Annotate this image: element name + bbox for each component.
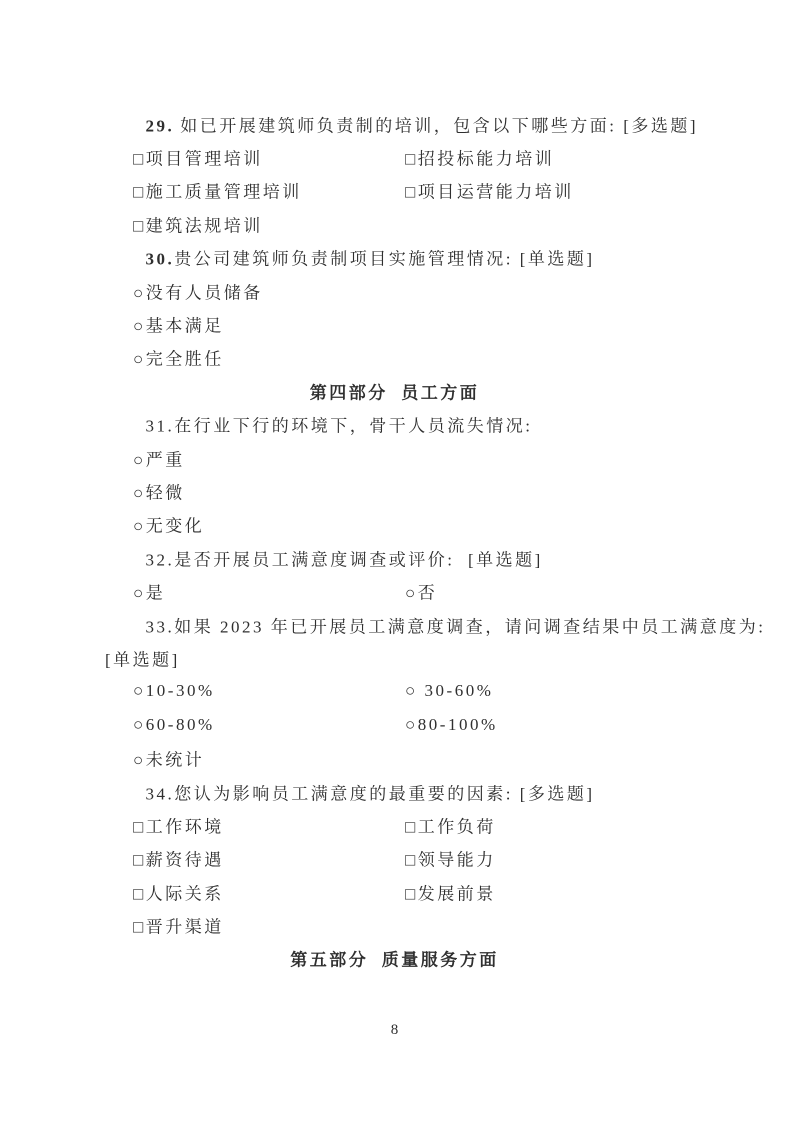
question-29-text: 如已开展建筑师负责制的培训，包含以下哪些方面: [多选题] [180,116,698,135]
checkbox-option-construction-quality-training[interactable]: □施工质量管理培训 [133,178,302,203]
question-30-options-row: ○基本满足 [0,307,789,340]
option-label: 完全胜任 [146,350,224,369]
question-31-number: 31. [146,417,175,436]
question-30: 30.贵公司建筑师负责制项目实施管理情况: [单选题] [0,241,789,274]
radio-icon: ○ [133,283,146,302]
question-30-options-row: ○完全胜任 [0,341,789,374]
radio-option-slight[interactable]: ○轻微 [133,478,185,503]
question-30-number: 30. [146,250,175,269]
question-34-text: 您认为影响员工满意度的最重要的因素: [多选题] [174,784,594,803]
page-number: 8 [0,1022,789,1039]
checkbox-icon: □ [133,918,146,937]
section-part5: 第五部分 质量服务方面 [0,942,789,975]
checkbox-icon: □ [133,150,146,169]
option-label: 薪资待遇 [146,851,224,870]
question-31-text: 在行业下行的环境下，骨干人员流失情况: [174,417,532,436]
checkbox-option-salary-benefits[interactable]: □薪资待遇 [133,846,224,871]
option-label: 领导能力 [418,851,496,870]
question-29: 29.如已开展建筑师负责制的培训，包含以下哪些方面: [多选题] [0,107,789,140]
question-34-number: 34. [146,784,175,803]
option-label: 人际关系 [146,884,224,903]
question-34-options-row: □人际关系 □发展前景 [0,875,789,908]
radio-option-fully-competent[interactable]: ○完全胜任 [133,345,224,370]
question-32: 32.是否开展员工满意度调查或评价: [单选题] [0,541,789,574]
question-34-options-row: □晋升渠道 [0,908,789,941]
question-31-options-row: ○严重 [0,441,789,474]
question-34: 34.您认为影响员工满意度的最重要的因素: [多选题] [0,775,789,808]
radio-option-10-30[interactable]: ○10-30% [133,681,215,701]
question-29-options-row: □项目管理培训 □招投标能力培训 [0,140,789,173]
option-label: 晋升渠道 [146,918,224,937]
checkbox-icon: □ [133,884,146,903]
question-33-options-row: ○10-30% ○ 30-60% [0,675,789,708]
checkbox-icon: □ [405,150,418,169]
option-label: 项目管理培训 [146,150,263,169]
question-31-options-row: ○轻微 [0,474,789,507]
radio-option-severe[interactable]: ○严重 [133,445,185,470]
question-32-text: 是否开展员工满意度调查或评价: [单选题] [174,550,543,569]
question-31: 31.在行业下行的环境下，骨干人员流失情况: [0,408,789,441]
section-title: 第五部分 质量服务方面 [0,946,789,971]
question-34-options-row: □工作环境 □工作负荷 [0,808,789,841]
radio-icon: ○ [405,681,418,700]
option-label: 发展前景 [418,884,496,903]
checkbox-option-promotion-channels[interactable]: □晋升渠道 [133,913,224,938]
option-label: 没有人员储备 [146,283,263,302]
radio-option-60-80[interactable]: ○60-80% [133,715,215,735]
radio-icon: ○ [133,350,146,369]
option-label: 基本满足 [146,317,224,336]
radio-icon: ○ [133,450,146,469]
option-label: 招投标能力培训 [418,150,555,169]
checkbox-option-project-management-training[interactable]: □项目管理培训 [133,145,263,170]
checkbox-icon: □ [405,884,418,903]
checkbox-icon: □ [133,183,146,202]
checkbox-option-workload[interactable]: □工作负荷 [405,812,496,837]
question-30-text: 贵公司建筑师负责制项目实施管理情况: [单选题] [174,250,594,269]
radio-icon: ○ [405,715,418,734]
checkbox-icon: □ [133,851,146,870]
question-34-options-row: □薪资待遇 □领导能力 [0,842,789,875]
question-33-options-row: ○60-80% ○80-100% [0,708,789,741]
radio-option-basically-satisfied[interactable]: ○基本满足 [133,312,224,337]
option-label: 项目运营能力培训 [418,183,574,202]
option-label: 严重 [146,450,185,469]
document-page: 29.如已开展建筑师负责制的培训，包含以下哪些方面: [多选题] □项目管理培训… [0,0,789,1121]
option-label: 工作负荷 [418,817,496,836]
checkbox-option-leadership-ability[interactable]: □领导能力 [405,846,496,871]
checkbox-option-project-operation-training[interactable]: □项目运营能力培训 [405,178,574,203]
radio-option-80-100[interactable]: ○80-100% [405,715,498,735]
radio-icon: ○ [133,681,146,700]
radio-icon: ○ [133,483,146,502]
checkbox-icon: □ [405,183,418,202]
checkbox-option-work-environment[interactable]: □工作环境 [133,812,224,837]
option-label: 30-60% [418,681,494,700]
checkbox-icon: □ [405,851,418,870]
question-30-options-row: ○没有人员储备 [0,274,789,307]
option-label: 60-80% [146,715,215,734]
checkbox-option-development-prospects[interactable]: □发展前景 [405,879,496,904]
question-29-number: 29. [146,116,175,135]
question-29-options-row: □施工质量管理培训 □项目运营能力培训 [0,174,789,207]
question-33-text: 如果 2023 年已开展员工满意度调查，请问调查结果中员工满意度为: [174,617,765,636]
checkbox-icon: □ [405,817,418,836]
option-label: 80-100% [418,715,498,734]
question-33-text-line2: [单选题] [0,641,789,674]
option-label: 10-30% [146,681,215,700]
question-33: 33.如果 2023 年已开展员工满意度调查，请问调查结果中员工满意度为: [0,608,789,641]
option-label: 工作环境 [146,817,224,836]
checkbox-option-bidding-ability-training[interactable]: □招投标能力培训 [405,145,554,170]
option-label: 轻微 [146,483,185,502]
radio-icon: ○ [133,317,146,336]
radio-icon: ○ [133,715,146,734]
question-33-number: 33. [146,617,175,636]
radio-option-no-personnel-reserve[interactable]: ○没有人员储备 [133,278,263,303]
question-32-number: 32. [146,550,175,569]
option-label: 施工质量管理培训 [146,183,302,202]
question-33-type-tag: [单选题] [105,645,180,670]
checkbox-option-interpersonal-relations[interactable]: □人际关系 [133,879,224,904]
checkbox-icon: □ [133,817,146,836]
radio-option-30-60[interactable]: ○ 30-60% [405,681,493,701]
